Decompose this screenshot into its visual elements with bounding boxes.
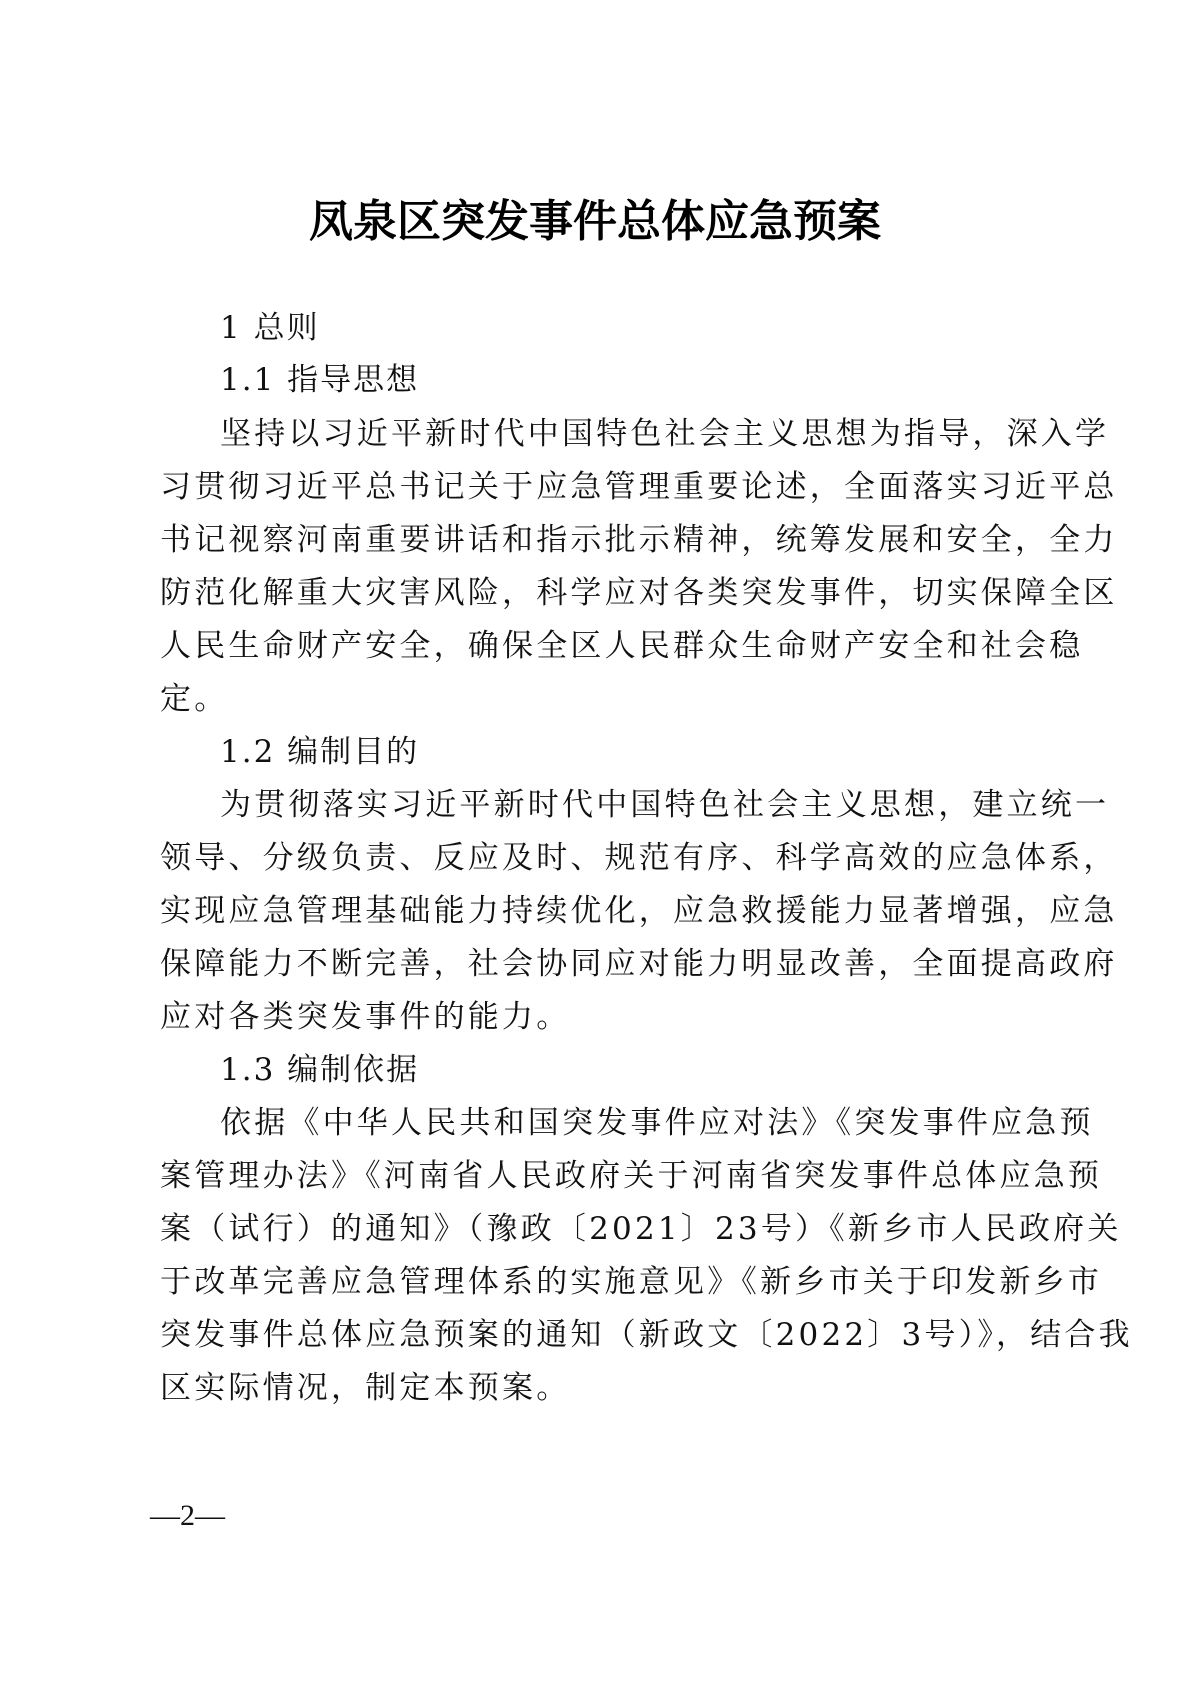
paragraph-line: 应对各类突发事件的能力。 [160, 997, 1040, 1037]
document-page: 凤泉区突发事件总体应急预案 1 总则 1.1 指导思想 坚持以习近平新时代中国特… [0, 0, 1190, 1683]
paragraph-line: 于改革完善应急管理体系的实施意见》《新乡市关于印发新乡市 [160, 1262, 1040, 1302]
paragraph-line: 突发事件总体应急预案的通知（新政文〔2022〕3号）》，结合我 [160, 1315, 1040, 1355]
paragraph-line: 依据《中华人民共和国突发事件应对法》《突发事件应急预 [220, 1103, 1040, 1143]
paragraph-line: 定。 [160, 679, 1040, 719]
page-number: —2— [150, 1498, 225, 1534]
paragraph-line: 案（试行）的通知》（豫政〔2021〕23号）《新乡市人民政府关 [160, 1209, 1040, 1249]
paragraph-line: 人民生命财产安全，确保全区人民群众生命财产安全和社会稳 [160, 626, 1040, 666]
section-heading: 1 总则 [220, 308, 1100, 348]
subsection-heading: 1.3 编制依据 [220, 1050, 1100, 1090]
paragraph-line: 保障能力不断完善，社会协同应对能力明显改善，全面提高政府 [160, 944, 1040, 984]
paragraph-line: 为贯彻落实习近平新时代中国特色社会主义思想，建立统一 [220, 785, 1040, 825]
paragraph-line: 区实际情况，制定本预案。 [160, 1368, 1040, 1408]
document-title: 凤泉区突发事件总体应急预案 [0, 196, 1190, 248]
paragraph-line: 实现应急管理基础能力持续优化，应急救援能力显著增强，应急 [160, 891, 1040, 931]
paragraph-line: 案管理办法》《河南省人民政府关于河南省突发事件总体应急预 [160, 1156, 1040, 1196]
subsection-heading: 1.2 编制目的 [220, 732, 1100, 772]
paragraph-line: 防范化解重大灾害风险，科学应对各类突发事件，切实保障全区 [160, 573, 1040, 613]
paragraph-line: 书记视察河南重要讲话和指示批示精神，统筹发展和安全，全力 [160, 520, 1040, 560]
paragraph-line: 坚持以习近平新时代中国特色社会主义思想为指导，深入学 [220, 414, 1040, 454]
paragraph-line: 习贯彻习近平总书记关于应急管理重要论述，全面落实习近平总 [160, 467, 1040, 507]
paragraph-line: 领导、分级负责、反应及时、规范有序、科学高效的应急体系， [160, 838, 1040, 878]
subsection-heading: 1.1 指导思想 [220, 360, 1100, 400]
